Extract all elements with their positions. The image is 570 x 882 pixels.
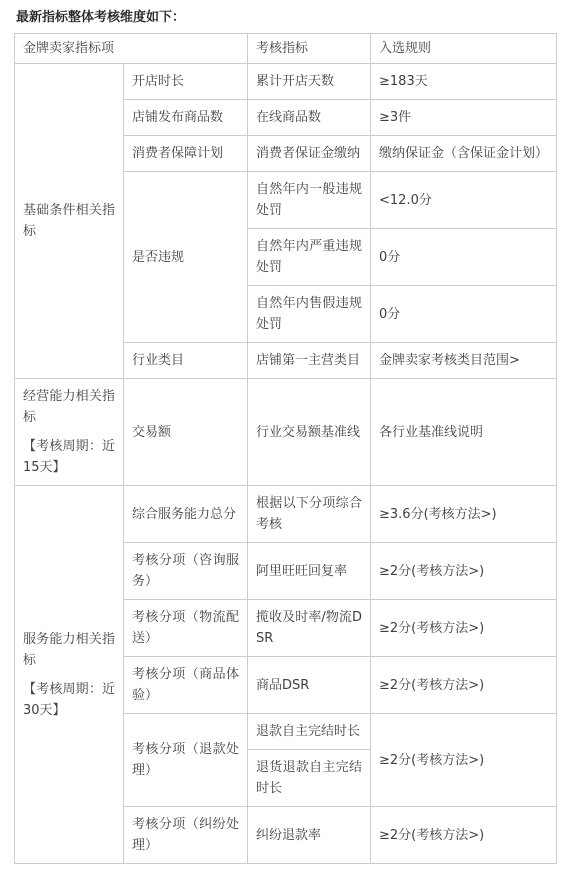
group-period: 【考核周期：近30天】 [23, 679, 115, 721]
cell-metric-dispute-refund-rate: 纠纷退款率 [248, 807, 371, 864]
cell-item-consumer-protection: 消费者保障计划 [124, 136, 248, 172]
cell-metric-counterfeit-violation: 自然年内售假违规处罚 [248, 286, 371, 343]
cell-item-dispute-handling: 考核分项（纠纷处理） [124, 807, 248, 864]
cell-metric-return-refund-completion-time: 退货退款自主完结时长 [248, 750, 371, 807]
table-row: 服务能力相关指标 【考核周期：近30天】 综合服务能力总分 根据以下分项综合考核… [15, 486, 557, 543]
cell-item-product-experience: 考核分项（商品体验） [124, 657, 248, 714]
table-header-row: 金牌卖家指标项 考核指标 入选规则 [15, 34, 557, 64]
group-label: 服务能力相关指标 [23, 629, 115, 671]
cell-metric-main-category: 店铺第一主营类目 [248, 343, 371, 379]
link-assess-method-refund[interactable]: ≥2分(考核方法>) [371, 714, 557, 807]
cell-item-listed-products: 店铺发布商品数 [124, 100, 248, 136]
cell-metric-refund-completion-time: 退款自主完结时长 [248, 714, 371, 750]
help-article: 最新指标整体考核维度如下： 金牌卖家指标项 考核指标 入选规则 基础条件相关指标… [0, 0, 570, 882]
assessment-table: 金牌卖家指标项 考核指标 入选规则 基础条件相关指标 开店时长 累计开店天数 ≥… [14, 33, 557, 864]
link-assess-method-product[interactable]: ≥2分(考核方法>) [371, 657, 557, 714]
cell-item-logistics: 考核分项（物流配送） [124, 600, 248, 657]
header-metric: 考核指标 [248, 34, 371, 64]
cell-item-transaction-volume: 交易额 [124, 379, 248, 486]
cell-item-violation: 是否违规 [124, 172, 248, 343]
cell-rule-online-products: ≥3件 [371, 100, 557, 136]
cell-metric-shop-days: 累计开店天数 [248, 64, 371, 100]
link-assess-method-consult[interactable]: ≥2分(考核方法>) [371, 543, 557, 600]
cell-item-shop-age: 开店时长 [124, 64, 248, 100]
header-rule: 入选规则 [371, 34, 557, 64]
cell-item-industry-category: 行业类目 [124, 343, 248, 379]
cell-item-refund-handling: 考核分项（退款处理） [124, 714, 248, 807]
cell-rule-counterfeit-violation: 0分 [371, 286, 557, 343]
cell-metric-product-dsr: 商品DSR [248, 657, 371, 714]
cell-rule-shop-days: ≥183天 [371, 64, 557, 100]
cell-rule-serious-violation: 0分 [371, 229, 557, 286]
cell-rule-baseline-info: 各行业基准线说明 [371, 379, 557, 486]
link-assess-method-dispute[interactable]: ≥2分(考核方法>) [371, 807, 557, 864]
link-assess-method-total[interactable]: ≥3.6分(考核方法>) [371, 486, 557, 543]
cell-group-basic: 基础条件相关指标 [15, 64, 124, 379]
cell-group-service: 服务能力相关指标 【考核周期：近30天】 [15, 486, 124, 864]
cell-metric-general-violation: 自然年内一般违规处罚 [248, 172, 371, 229]
cell-metric-wangwang-reply: 阿里旺旺回复率 [248, 543, 371, 600]
cell-rule-general-violation: <12.0分 [371, 172, 557, 229]
link-category-scope[interactable]: 金牌卖家考核类目范围> [371, 343, 557, 379]
group-label: 经营能力相关指标 [23, 386, 115, 428]
cell-metric-deposit-paid: 消费者保证金缴纳 [248, 136, 371, 172]
group-period: 【考核周期：近15天】 [23, 436, 115, 478]
cell-group-operating: 经营能力相关指标 【考核周期：近15天】 [15, 379, 124, 486]
cell-metric-industry-baseline: 行业交易额基准线 [248, 379, 371, 486]
cell-rule-deposit: 缴纳保证金（含保证金计划） [371, 136, 557, 172]
cell-item-consult-service: 考核分项（咨询服务） [124, 543, 248, 600]
cell-metric-composite-assessment: 根据以下分项综合考核 [248, 486, 371, 543]
table-row: 经营能力相关指标 【考核周期：近15天】 交易额 行业交易额基准线 各行业基准线… [15, 379, 557, 486]
page-title: 最新指标整体考核维度如下： [16, 9, 556, 26]
cell-metric-serious-violation: 自然年内严重违规处罚 [248, 229, 371, 286]
header-indicator-group: 金牌卖家指标项 [15, 34, 248, 64]
group-label: 基础条件相关指标 [23, 200, 115, 242]
table-row: 基础条件相关指标 开店时长 累计开店天数 ≥183天 [15, 64, 557, 100]
cell-item-service-total-score: 综合服务能力总分 [124, 486, 248, 543]
cell-metric-online-products: 在线商品数 [248, 100, 371, 136]
cell-metric-pickup-dsr: 揽收及时率/物流DSR [248, 600, 371, 657]
link-assess-method-logistics[interactable]: ≥2分(考核方法>) [371, 600, 557, 657]
